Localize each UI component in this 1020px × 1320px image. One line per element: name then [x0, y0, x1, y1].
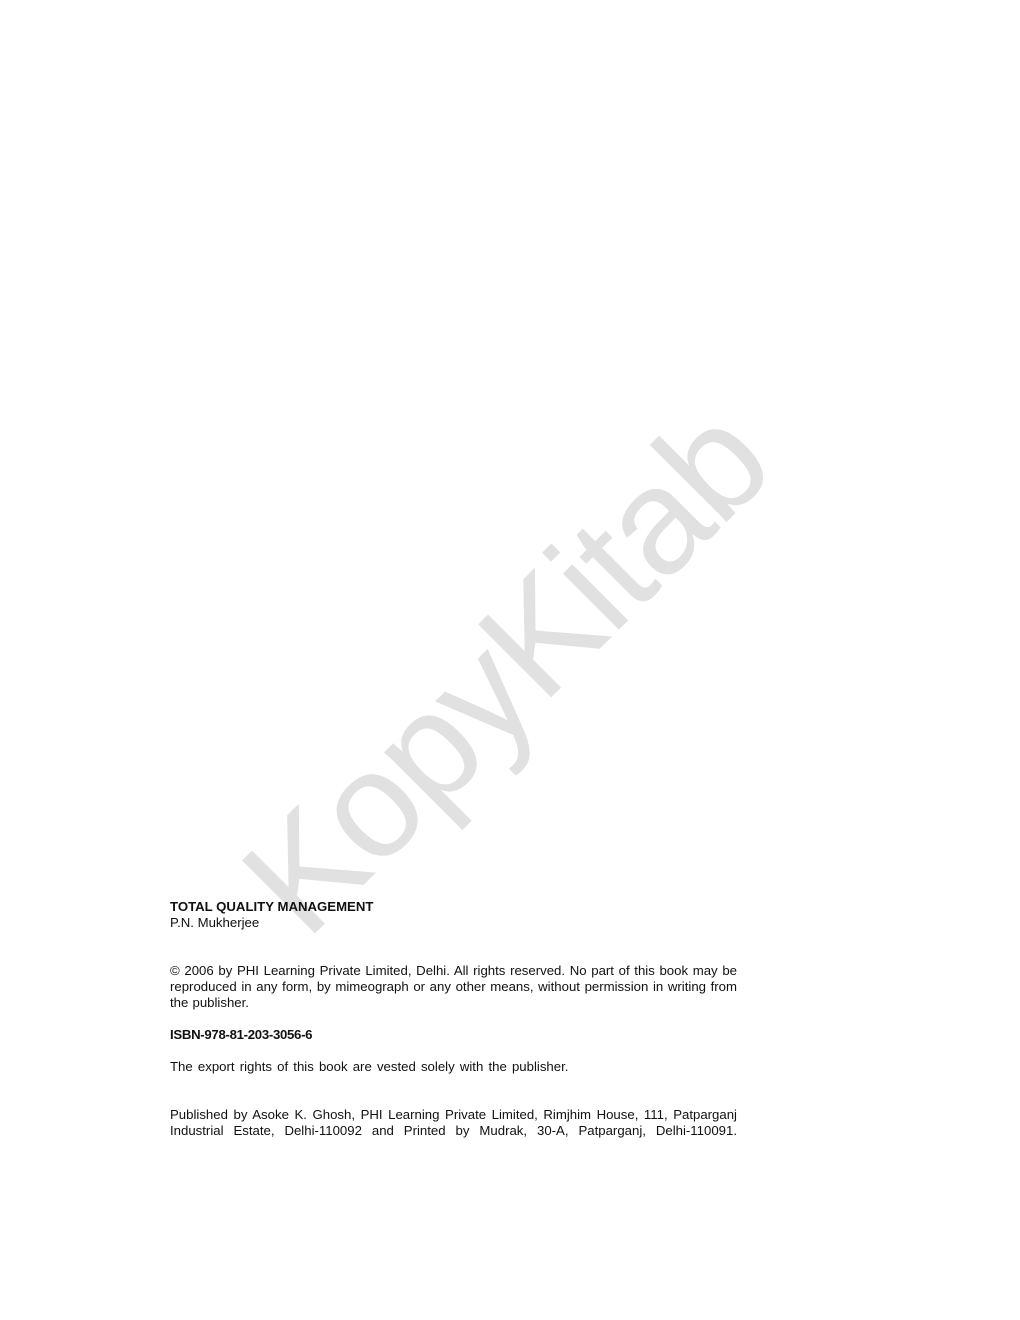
export-notice: The export rights of this book are veste… — [170, 1059, 737, 1075]
copyright-notice: © 2006 by PHI Learning Private Limited, … — [170, 963, 737, 1011]
book-title: TOTAL QUALITY MANAGEMENT — [170, 899, 737, 915]
watermark: KopyKitab — [217, 382, 794, 959]
book-author: P.N. Mukherjee — [170, 915, 737, 931]
publication-notice: Published by Asoke K. Ghosh, PHI Learnin… — [170, 1107, 737, 1139]
isbn: ISBN-978-81-203-3056-6 — [170, 1027, 737, 1043]
imprint-block: TOTAL QUALITY MANAGEMENT P.N. Mukherjee … — [170, 899, 737, 1139]
